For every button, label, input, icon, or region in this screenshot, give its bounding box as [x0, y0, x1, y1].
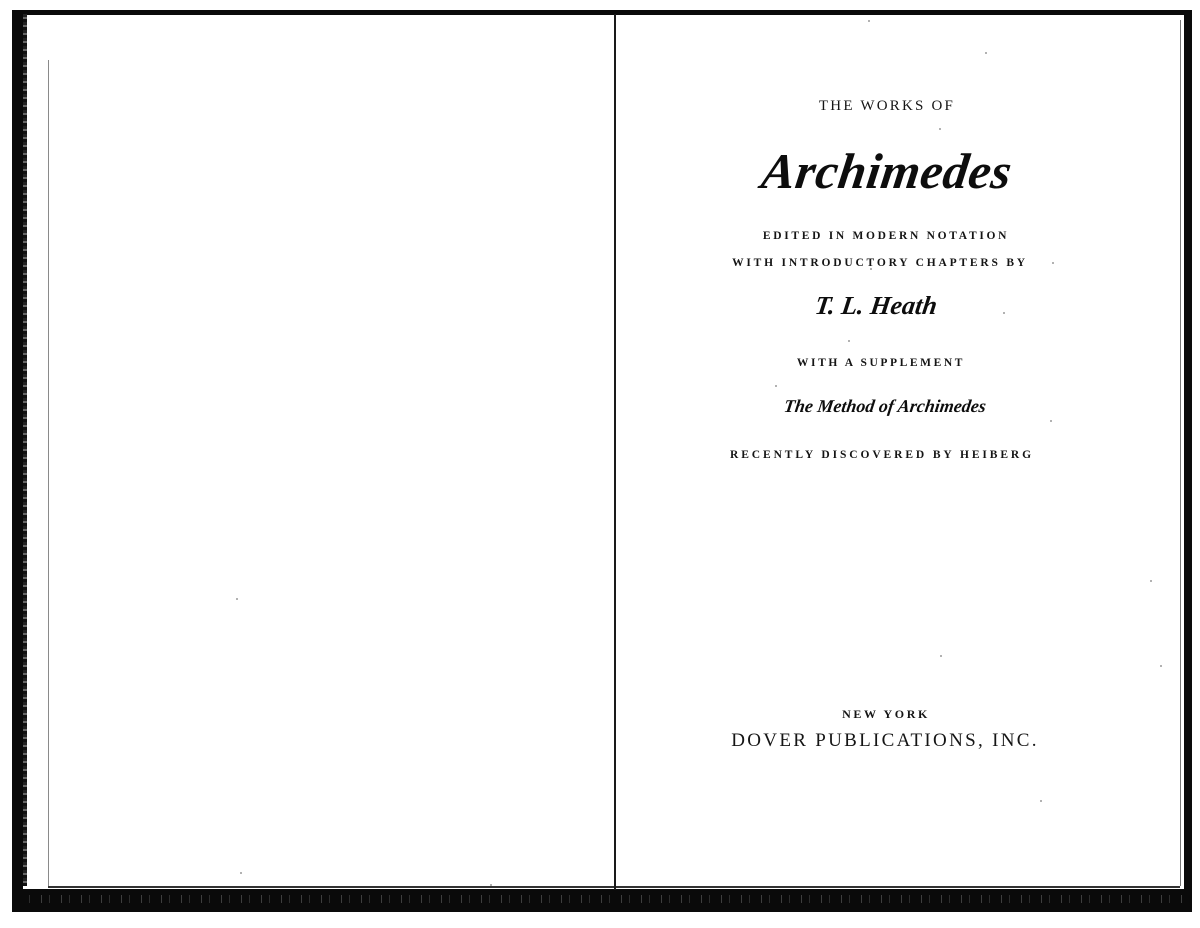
scan-frame-left [12, 10, 23, 912]
discovered-by-line: RECENTLY DISCOVERED BY HEIBERG [598, 449, 1166, 461]
scan-frame-right [1184, 10, 1192, 912]
publisher-place: NEW YORK [602, 707, 1170, 722]
publisher-name: DOVER PUBLICATIONS, INC. [601, 730, 1169, 752]
scan-speck [1003, 312, 1005, 314]
scan-speck [490, 884, 492, 886]
scan-speck [1050, 420, 1052, 422]
scan-speck [1160, 665, 1162, 667]
scan-speck [848, 340, 850, 342]
scan-speck [775, 385, 777, 387]
intro-chapters-line: WITH INTRODUCTORY CHAPTERS BY [596, 257, 1164, 269]
scan-speck [1040, 800, 1042, 802]
edited-line: EDITED IN MODERN NOTATION [602, 230, 1170, 242]
scan-speck [236, 598, 238, 600]
right-page-fore-edge [1180, 20, 1181, 886]
left-page-fore-edge [23, 14, 27, 886]
scan-speck [870, 268, 872, 270]
scanned-book-spread: THE WORKS OF Archimedes EDITED IN MODERN… [0, 0, 1200, 928]
scan-speck [985, 52, 987, 54]
left-page-blank [27, 15, 615, 889]
scan-speck [939, 128, 941, 130]
scan-speck [940, 655, 942, 657]
right-page-bottom-edge [616, 886, 1180, 888]
scan-speck [868, 20, 870, 22]
title-prefix: THE WORKS OF [603, 98, 1171, 115]
book-title: Archimedes [599, 142, 1175, 200]
scan-speck [240, 872, 242, 874]
supplement-title: The Method of Archimedes [600, 396, 1171, 417]
left-page-edge-line [48, 60, 49, 886]
supplement-line: WITH A SUPPLEMENT [597, 357, 1165, 369]
scan-speck [1150, 580, 1152, 582]
scan-speck [1052, 262, 1054, 264]
scan-frame-bottom-texture [22, 895, 1182, 903]
left-page-bottom-edge [48, 886, 615, 888]
editor-name: T. L. Heath [590, 291, 1162, 321]
